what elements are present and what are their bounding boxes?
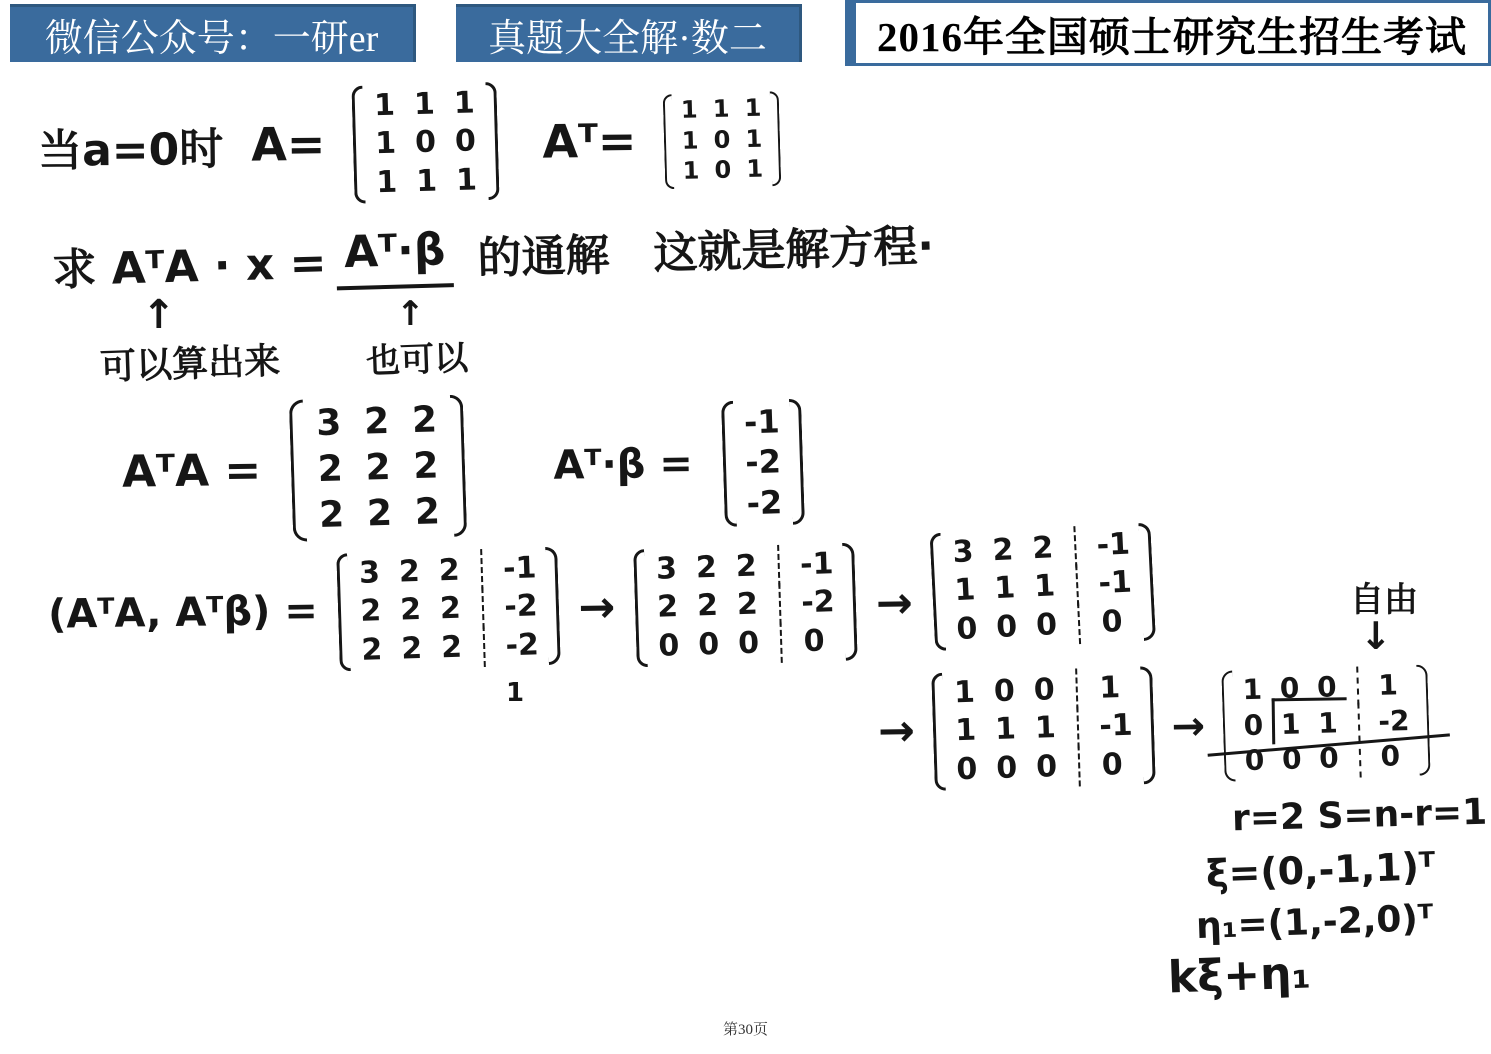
matrix-row: 0000 (657, 625, 837, 662)
right-arrow-icon: → (876, 577, 914, 629)
matrix-cell: -1 (1098, 567, 1133, 600)
matrix-cell: 0 (992, 676, 1016, 708)
right-arrow-icon: → (578, 582, 616, 634)
matrix-row: 1001 (952, 672, 1132, 709)
condition-text: 当a=0时 (38, 113, 224, 179)
augmented-divider (480, 549, 483, 591)
augmented-divider (1073, 526, 1077, 568)
augmented-divider (1356, 667, 1359, 706)
matrix-cell: 2 (439, 631, 463, 663)
matrix-cell: 0 (1034, 751, 1058, 783)
matrix-cell: 0 (802, 625, 826, 657)
matrix-cell: -2 (504, 591, 538, 624)
matrix-cell: 0 (737, 627, 761, 659)
augmented-divider (1078, 745, 1081, 787)
matrix-cell: 3 (314, 405, 343, 444)
matrix-row: -2 (746, 486, 783, 521)
matrix-cell: 0 (994, 752, 1018, 784)
matrix-row: 322-1 (357, 553, 537, 590)
matrix-cell: 1 (375, 166, 399, 198)
matrix-row: 111 (375, 164, 479, 198)
matrix-cell: 2 (734, 551, 758, 583)
matrix-cell: 1 (745, 126, 764, 152)
matrix-cell: 1 (952, 677, 976, 709)
matrix-cell: 1 (745, 157, 764, 183)
matrix-cell: -1 (502, 553, 536, 586)
matrix-cell: -1 (743, 405, 780, 440)
matrix-body: 322-1111-10000 (941, 523, 1144, 651)
matrix-cell: 1 (680, 98, 699, 124)
matrix-cell: 1 (1033, 713, 1057, 745)
matrix-cell: -1 (800, 549, 834, 582)
matrix-cell: 1 (373, 90, 397, 122)
matrix-cell: 0 (1100, 749, 1124, 781)
matrix-row: 111 (680, 96, 763, 123)
matrix-body: 322-1222-20000 (645, 543, 846, 668)
down-arrow-icon: ↓ (1360, 614, 1392, 658)
handwritten-line-condition: 当a=0时 A= 111100111 Aᵀ= 111101101 (37, 80, 781, 206)
matrix-cell: 1 (1377, 670, 1400, 700)
matrix-body: -1-2-2 (733, 399, 793, 527)
matrix-at-label: Aᵀ= (542, 114, 636, 169)
augmented-matrix-3: 322-1111-10000 (929, 523, 1155, 652)
page-number: 第30页 (0, 1018, 1491, 1039)
matrix-ata: 322222222 (289, 394, 468, 542)
handwritten-line-elimination-1: (AᵀA, Aᵀβ) = 322-1222-2222-2 → 322-1222-… (47, 540, 1154, 674)
matrix-cell: -1 (1096, 529, 1131, 562)
matrix-cell: 1 (953, 715, 977, 747)
task-underlined-term: Aᵀ·β (335, 224, 454, 290)
matrix-cell: 0 (994, 611, 1019, 644)
general-solution: kξ+η₁ (1167, 948, 1311, 1004)
rank-equation: r=2 S=n-r=1 (1232, 792, 1488, 840)
matrix-cell: 0 (697, 628, 721, 660)
matrix-row: -1 (743, 405, 780, 440)
matrix-row: 111-1 (952, 567, 1132, 607)
matrix-cell: 0 (1379, 741, 1402, 771)
matrix-cell: 2 (1030, 533, 1055, 566)
augmented-divider (1076, 707, 1079, 749)
matrix-cell: 2 (316, 450, 345, 489)
matrix-row: 222 (317, 493, 442, 535)
matrix-a-transpose: 111101101 (663, 91, 782, 189)
matrix-cell: 3 (357, 558, 381, 590)
matrix-row: 322-1 (655, 549, 835, 586)
matrix-row: 111-1 (953, 710, 1133, 747)
matrix-a: 111100111 (352, 82, 500, 204)
matrix-row: 222-2 (358, 591, 538, 628)
matrix-cell: 0 (1242, 710, 1265, 740)
ata-label: AᵀA = (122, 444, 262, 497)
matrix-cell: 1 (455, 164, 479, 196)
matrix-cell: 2 (736, 589, 760, 621)
augmented-divider (1075, 564, 1079, 606)
matrix-row: 222 (316, 447, 441, 489)
matrix-body: 322-1222-2222-2 (347, 547, 548, 672)
matrix-cell: -2 (801, 587, 835, 620)
augmented-divider (1077, 602, 1081, 644)
matrix-cell: 2 (412, 447, 441, 486)
handwritten-line-elimination-2: → 1001111-10000 → 1001011-20000 (877, 664, 1430, 790)
handwritten-line-task: 求 AᵀA · x = Aᵀ·β 的通解 这就是解方程· (51, 210, 935, 299)
matrix-cell: 2 (398, 594, 422, 626)
right-arrow-icon: → (1171, 704, 1205, 750)
matrix-cell: 0 (954, 613, 979, 646)
right-paren (770, 91, 782, 186)
matrix-row: 101 (682, 157, 765, 184)
matrix-row: 100 (374, 126, 478, 160)
annotation-also-can: 也可以 (365, 330, 469, 383)
augmented-divider (1357, 702, 1360, 741)
matrix-cell: 0 (713, 127, 732, 153)
matrix-cell: 2 (358, 596, 382, 628)
right-paren (843, 543, 858, 662)
augmented-divider (481, 587, 484, 629)
matrix-cell: 0 (714, 158, 733, 184)
matrix-row: 222-2 (656, 587, 836, 624)
matrix-cell: 1 (415, 165, 439, 197)
augmented-divider (1075, 668, 1078, 710)
matrix-cell: -2 (746, 486, 783, 521)
matrix-row: 0000 (954, 605, 1134, 645)
matrix-row: 111 (373, 88, 477, 122)
augmented-divider (483, 625, 486, 667)
matrix-cell: 0 (1032, 675, 1056, 707)
matrix-cell: 1 (744, 96, 763, 122)
basis-solution-xi: ξ=(0,-1,1)ᵀ (1205, 844, 1436, 896)
matrix-cell: 0 (1034, 609, 1059, 642)
series-title-banner: 真题大全解·数二 (456, 4, 802, 62)
vector-atb: -1-2-2 (721, 398, 805, 527)
augmented-divider (779, 583, 782, 625)
augmented-matrix-1: 322-1222-2222-2 (336, 547, 560, 672)
matrix-cell: 3 (655, 553, 679, 585)
matrix-cell: 1 (993, 714, 1017, 746)
augmented-matrix-2: 322-1222-20000 (633, 543, 857, 668)
matrix-row: 322 (314, 402, 439, 444)
annotation-can-compute: 可以算出来 (99, 333, 281, 390)
matrix-cell: 0 (414, 127, 438, 159)
augmented-divider (780, 621, 783, 663)
matrix-cell: -2 (745, 446, 782, 481)
task-pre-text: 求 AᵀA · x = (51, 227, 327, 299)
matrix-cell: 1 (682, 158, 701, 184)
matrix-cell: 2 (410, 402, 439, 441)
matrix-cell: 1 (374, 128, 398, 160)
right-arrow-icon: → (878, 705, 916, 757)
matrix-cell: 1 (952, 575, 977, 608)
matrix-cell: 2 (694, 552, 718, 584)
matrix-row: -2 (745, 446, 782, 481)
matrix-cell: 3 (951, 537, 976, 570)
matrix-body: 111100111 (363, 82, 489, 204)
right-paren (485, 82, 500, 201)
matrix-cell: 2 (359, 634, 383, 666)
matrix-cell: 1 (1032, 571, 1057, 604)
augmented-matrix-5-wrap: 1001011-20000 (1222, 666, 1430, 783)
matrix-cell: 2 (656, 592, 680, 624)
exam-title-banner: 2016年全国硕士研究生招生考试 (845, 0, 1491, 66)
matrix-cell: 0 (1318, 743, 1341, 773)
matrix-cell: 2 (364, 449, 393, 488)
up-arrow-icon: ↑ (396, 294, 425, 334)
augmented-matrix-4: 1001111-10000 (931, 666, 1155, 791)
matrix-cell: 2 (413, 493, 442, 532)
matrix-row: 101 (681, 126, 764, 153)
matrix-a-label: A= (251, 117, 326, 172)
matrix-cell: 2 (438, 593, 462, 625)
matrix-cell: 1 (992, 573, 1017, 606)
matrix-cell: 2 (365, 495, 394, 534)
matrix-row: 322-1 (951, 529, 1131, 569)
matrix-row: 0000 (955, 748, 1135, 785)
matrix-body: 111101101 (672, 91, 772, 188)
matrix-cell: 2 (317, 496, 346, 535)
matrix-row: 222-2 (359, 629, 539, 666)
matrix-cell: 1 (453, 88, 477, 120)
matrix-cell: 0 (454, 126, 478, 158)
pivot-step-outline (1272, 697, 1347, 744)
matrix-cell: 2 (696, 590, 720, 622)
matrix-cell: 1 (1098, 672, 1122, 704)
matrix-cell: -2 (1378, 706, 1410, 736)
matrix-cell: 0 (955, 753, 979, 785)
matrix-cell: 1 (413, 89, 437, 121)
stray-tick-mark: 1 (506, 678, 524, 708)
matrix-cell: 0 (1099, 606, 1124, 639)
handwritten-line-products: AᵀA = 322222222 Aᵀ·β = -1-2-2 (121, 391, 804, 543)
right-paren (1417, 664, 1431, 775)
matrix-cell: 0 (657, 630, 681, 662)
matrix-cell: -2 (505, 629, 539, 662)
matrix-cell: 2 (362, 403, 391, 442)
augmented-divider (778, 545, 781, 587)
matrix-cell: 2 (437, 555, 461, 587)
notes-page: 微信公众号：一研er 真题大全解·数二 2016年全国硕士研究生招生考试 当a=… (0, 0, 1491, 1054)
matrix-cell: 1 (712, 97, 731, 123)
matrix-body: 322222222 (303, 395, 454, 542)
matrix-cell: 2 (399, 633, 423, 665)
matrix-cell: 1 (681, 128, 700, 154)
particular-solution-eta: η₁=(1,-2,0)ᵀ (1195, 898, 1434, 947)
augmented-label: (AᵀA, Aᵀβ) = (48, 588, 318, 638)
matrix-cell: 2 (990, 535, 1015, 568)
matrix-body: 1001111-10000 (942, 666, 1143, 791)
matrix-cell: -1 (1099, 710, 1133, 743)
matrix-cell: 2 (397, 556, 421, 588)
wechat-account-banner: 微信公众号：一研er (10, 4, 416, 62)
atb-label: Aᵀ·β = (553, 441, 693, 489)
matrix-cell: 1 (1241, 675, 1264, 705)
task-post-text: 的通解 这就是解方程· (477, 210, 935, 287)
up-arrow-icon: ↑ (142, 292, 176, 338)
